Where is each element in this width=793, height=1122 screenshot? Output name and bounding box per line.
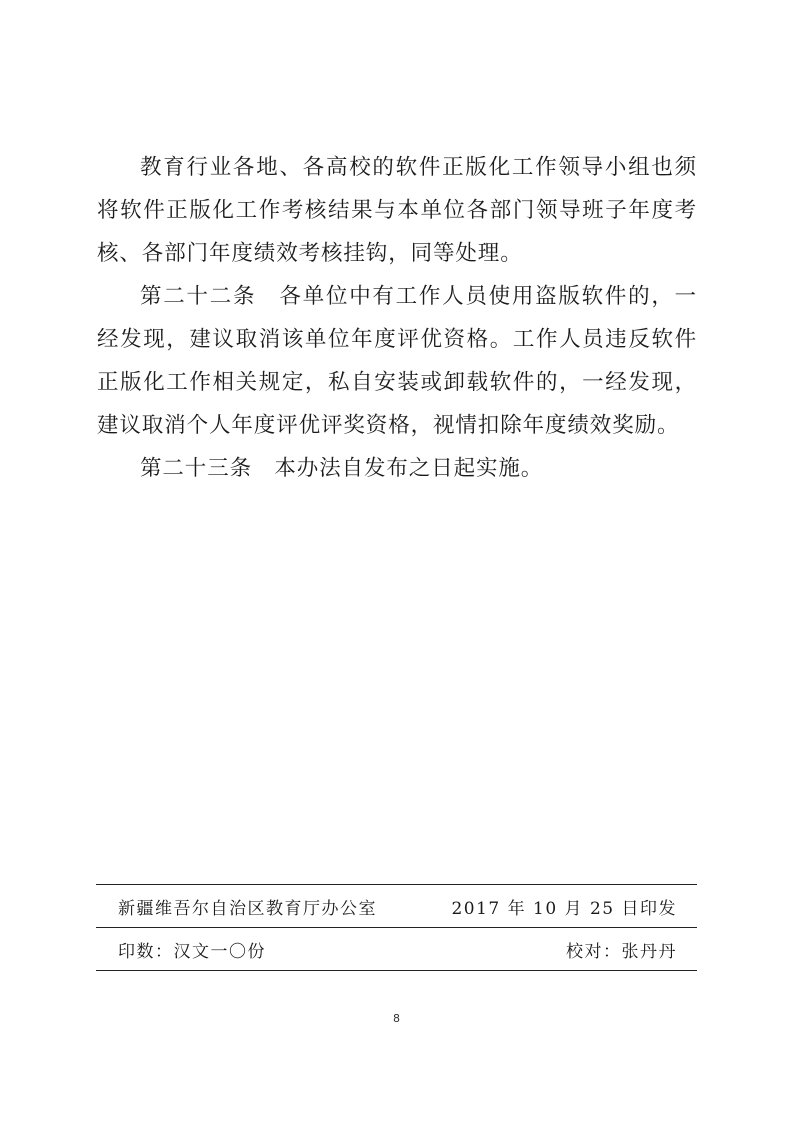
footer-issue-row: 新疆维吾尔自治区教育厅办公室 2017 年 10 月 25 日印发	[96, 885, 697, 927]
issue-date: 2017 年 10 月 25 日印发	[451, 894, 677, 919]
issuer-name: 新疆维吾尔自治区教育厅办公室	[118, 894, 377, 919]
paragraph-article-22: 第二十二条 各单位中有工作人员使用盗版软件的，一经发现，建议取消该单位年度评优资…	[97, 275, 697, 447]
paragraph-article-23: 第二十三条 本办法自发布之日起实施。	[97, 447, 697, 490]
paragraph-assessment-linkage: 教育行业各地、各高校的软件正版化工作领导小组也须将软件正版化工作考核结果与本单位…	[97, 146, 697, 275]
footer-bottom-rule	[96, 970, 697, 971]
print-count: 印数：汉文一〇份	[118, 937, 266, 962]
footer-print-row: 印数：汉文一〇份 校对：张丹丹	[96, 928, 697, 970]
proofreader: 校对：张丹丹	[566, 937, 677, 962]
page-number: 8	[0, 1012, 793, 1025]
document-page: 教育行业各地、各高校的软件正版化工作领导小组也须将软件正版化工作考核结果与本单位…	[0, 0, 793, 1122]
body-text: 教育行业各地、各高校的软件正版化工作领导小组也须将软件正版化工作考核结果与本单位…	[97, 146, 697, 490]
document-footer: 新疆维吾尔自治区教育厅办公室 2017 年 10 月 25 日印发 印数：汉文一…	[96, 884, 697, 971]
